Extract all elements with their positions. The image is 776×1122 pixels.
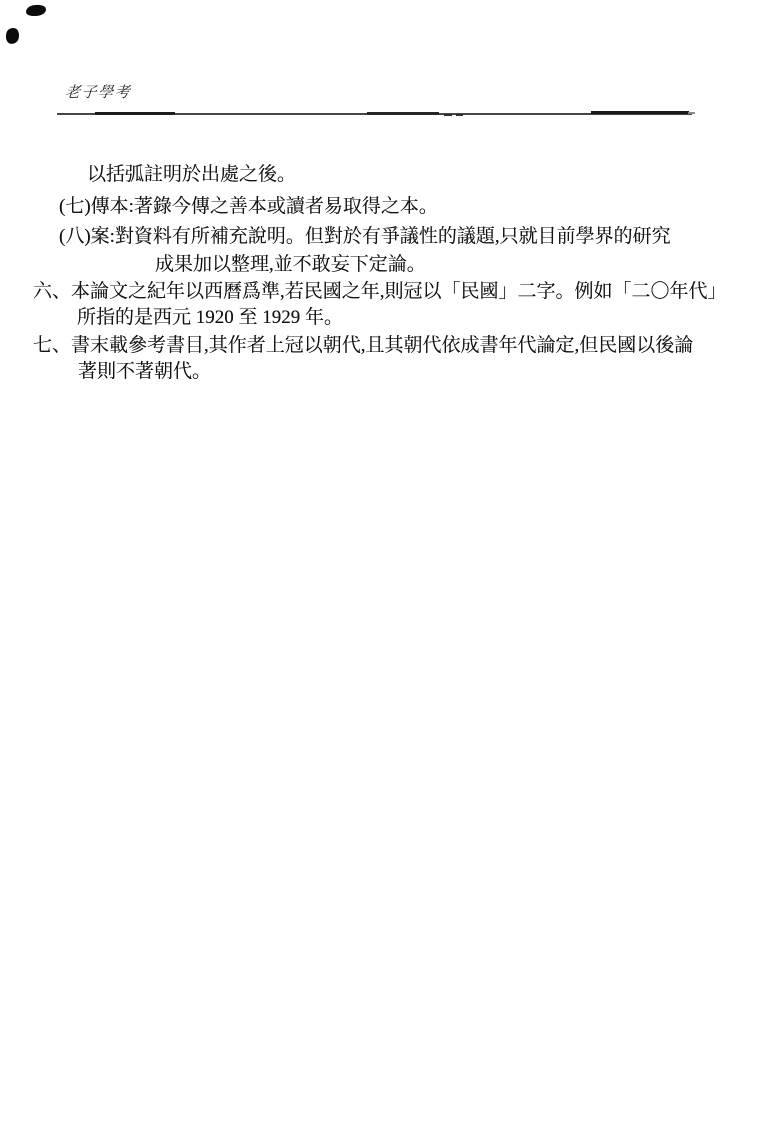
header-rule-line — [95, 112, 175, 115]
body-line: 以括弧註明於出處之後。 — [87, 164, 296, 186]
running-header-title: 老子學考 — [64, 85, 131, 101]
body-line: 所指的是西元 1920 至 1929 年。 — [77, 307, 343, 329]
body-line: 六、本論文之紀年以西曆爲準,若民國之年,則冠以「民國」二字。例如「二〇年代」 — [33, 281, 727, 303]
header-rule-line — [367, 112, 439, 115]
header-rule-line — [688, 112, 695, 114]
header-rule-line — [444, 114, 452, 116]
body-line: 七、書末載參考書目,其作者上冠以朝代,且其朝代依成書年代論定,但民國以後論 — [33, 335, 693, 357]
body-line: 成果加以整理,並不敢妄下定論。 — [155, 254, 426, 276]
scanned-book-page: 老子學考 以括弧註明於出處之後。 (七)傳本:著錄今傳之善本或讀者易取得之本。 … — [0, 0, 776, 1122]
header-rule-line — [456, 114, 463, 116]
header-rule-line — [591, 111, 689, 114]
body-line: (八)案:對資料有所補充說明。但對於有爭議性的議題,只就目前學界的研究 — [59, 226, 671, 248]
body-line: (七)傳本:著錄今傳之善本或讀者易取得之本。 — [59, 196, 438, 218]
body-line: 著則不著朝代。 — [78, 361, 211, 383]
scan-ink-mark — [25, 4, 46, 17]
scan-ink-mark — [5, 27, 20, 45]
